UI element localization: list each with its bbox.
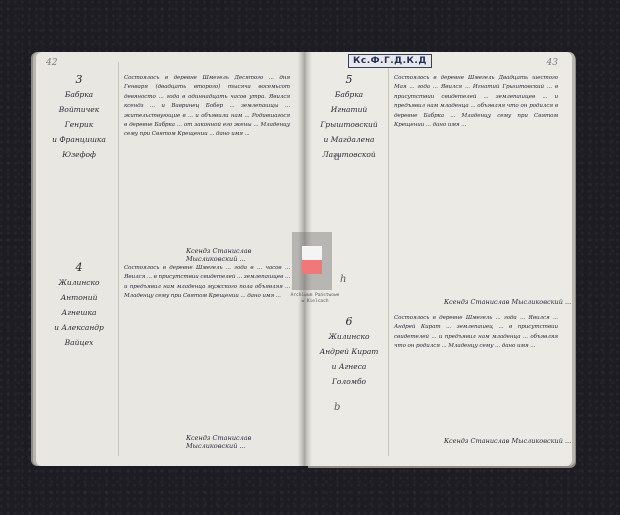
- entry-signature: Ксендз Станислав Мысликовский ...: [444, 437, 571, 445]
- page-number-left: 42: [46, 58, 57, 68]
- entry-margin-note: 6 Жилинско Андрей Кират и Агнеса Голомбо: [314, 314, 384, 389]
- annotation-mark: h: [340, 274, 346, 285]
- entry-signature: Ксендз Станислав Мысликовский ...: [444, 298, 571, 306]
- watermark-text: Archiwum Państwowe w Kielcach: [275, 293, 355, 305]
- polish-flag-icon: [302, 246, 322, 274]
- entry-margin-note: 4 Жилинско Антоний Агнешка и Александр В…: [44, 260, 114, 350]
- right-page: 43 5 Бабрка Игнатий Грыштовский и Магдал…: [304, 52, 572, 466]
- margin-rule: [388, 62, 389, 456]
- entry-text: Состоялось в деревне Шмегель Двадцать ше…: [394, 74, 558, 292]
- page-number-right: 43: [547, 58, 558, 68]
- archive-stamp: Кс.Ф.Г.Д.К.Д: [348, 54, 432, 68]
- entry-signature: Ксендз Станислав Мысликовский ...: [186, 434, 304, 450]
- annotation-mark: b: [334, 402, 340, 413]
- entry-text: Состоялось в деревне Шмегель ... года ..…: [394, 314, 558, 434]
- entry-margin-note: 3 Бабрка Войтичек Генрик и Францишка Юзе…: [44, 72, 114, 162]
- entry-text: Состоялось в деревне Шмегель Десятого ..…: [124, 74, 290, 244]
- margin-rule: [118, 62, 119, 456]
- annotation-mark: a: [334, 152, 340, 163]
- archive-watermark-logo: [292, 232, 332, 290]
- entry-text: Состоялось в деревне Шмегель ... года в …: [124, 264, 290, 432]
- entry-signature: Ксендз Станислав Мысликовский ...: [186, 247, 304, 263]
- entry-margin-note: 5 Бабрка Игнатий Грыштовский и Магдалена…: [314, 72, 384, 162]
- left-page: 42 3 Бабрка Войтичек Генрик и Францишка …: [36, 52, 304, 466]
